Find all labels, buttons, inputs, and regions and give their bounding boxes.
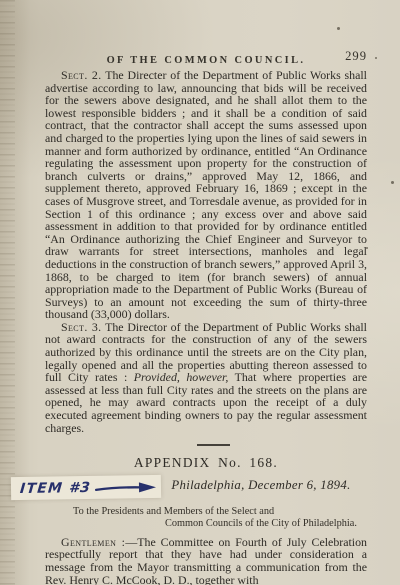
section-3-paragraph: Sect. 3. The Director of the Department … — [45, 321, 367, 434]
handwritten-annotation: ITEM #3 — [11, 475, 161, 500]
section-divider — [197, 444, 230, 446]
annotation-label: ITEM #3 — [19, 479, 91, 496]
section-2-text: The Directer of the Department of Public… — [45, 68, 367, 321]
text-column: OF THE COMMON COUNCIL. 299 Sect. 2. The … — [45, 50, 367, 585]
scanned-document-page: OF THE COMMON COUNCIL. 299 Sect. 2. The … — [0, 0, 400, 585]
annotation-arrow-icon — [95, 478, 157, 495]
appendix-heading: APPENDIX No. 168. — [45, 455, 367, 471]
paper-speck — [391, 181, 394, 184]
running-title: OF THE COMMON COUNCIL. — [107, 55, 306, 66]
address-line-1: To the Presidents and Members of the Sel… — [45, 506, 367, 517]
opening-paragraph: Gentlemen :—The Committee on Fourth of J… — [45, 536, 367, 585]
paper-speck — [375, 57, 377, 59]
address-block: To the Presidents and Members of the Sel… — [45, 506, 367, 529]
section-2-paragraph: Sect. 2. The Directer of the Department … — [45, 69, 367, 321]
page-number: 299 — [345, 49, 367, 64]
running-head: OF THE COMMON COUNCIL. 299 — [45, 50, 367, 63]
address-line-2: Common Councils of the City of Philadelp… — [45, 518, 367, 529]
paper-speck — [337, 27, 340, 30]
